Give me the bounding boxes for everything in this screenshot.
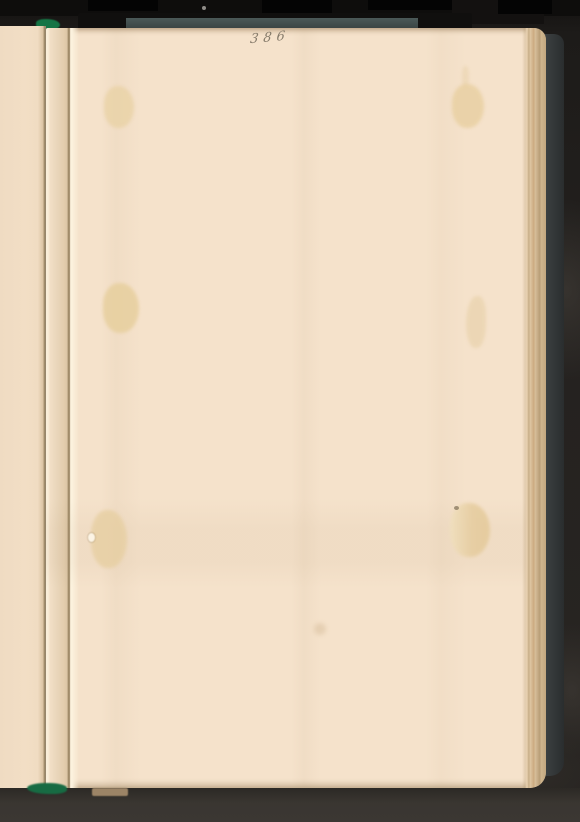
binding-cloth-green-bottom [27,783,67,794]
glue-mark-top-left [104,86,134,128]
top-black-block [498,0,552,14]
scanned-album-page: 386 [0,0,580,822]
bottom-shadow-strip [0,788,580,822]
top-black-block [88,0,158,11]
glue-mark-middle-right [466,296,486,348]
glue-mark-bottom-right [450,503,490,557]
smudge-mark [314,623,326,635]
dark-speck [454,506,459,510]
bottom-page-edge-wedge [92,788,128,796]
fore-edge-page-stack [522,28,546,788]
book-cover-fore-edge [544,34,564,776]
paper-chip-speck [88,533,95,542]
dust-speck [202,6,206,10]
facing-page-edge [0,26,46,789]
top-black-block [368,0,456,10]
glue-mark-bottom-left [91,510,127,568]
album-page: 386 [46,28,546,788]
glue-mark-middle-left [103,283,139,333]
top-black-block [262,0,332,14]
handwritten-page-number: 386 [249,28,321,47]
gutter-fold-shading [46,28,80,788]
glue-mark-top-right [452,84,484,128]
paper-texture-bands [46,28,546,788]
